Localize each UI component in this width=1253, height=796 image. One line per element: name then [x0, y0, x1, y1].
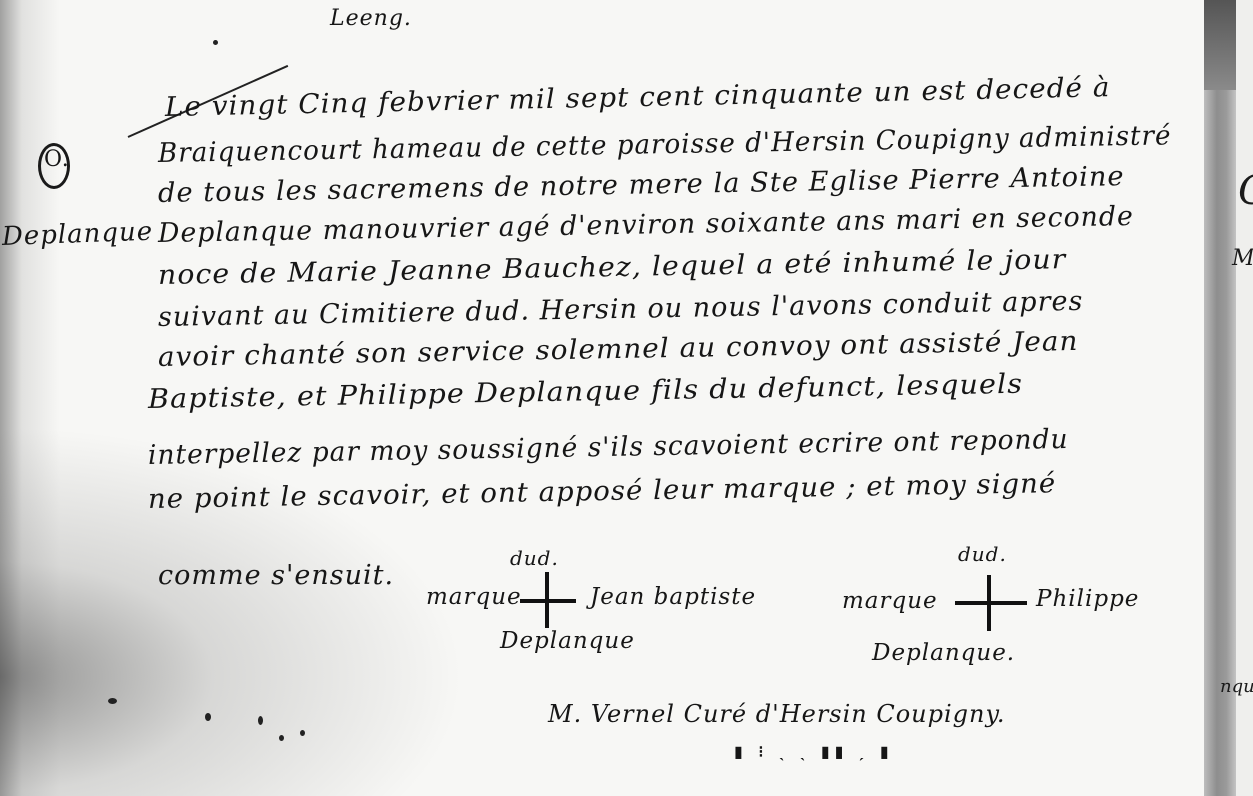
- body-line-8: Baptiste, et Philippe Deplanque fils du …: [148, 369, 1024, 415]
- body-line-6: suivant au Cimitiere dud. Hersin ou nous…: [158, 286, 1084, 333]
- signature-1-label: marque: [426, 584, 522, 610]
- body-line-3: de tous les sacremens de notre mere la S…: [158, 161, 1125, 209]
- body-line-4: Deplanque manouvrier agé d'environ soixa…: [158, 201, 1134, 249]
- previous-entry-fragment: Leeng.: [330, 6, 412, 31]
- ink-blot: [205, 713, 211, 721]
- signature-1-cross-mark-vertical: [545, 572, 549, 628]
- scanned-page: Leeng. O. Deplanque Le vingt Cinq febvri…: [0, 0, 1253, 796]
- body-line-2: Braiquencourt hameau de cette paroisse d…: [158, 120, 1172, 169]
- body-line-10: ne point le scavoir, et ont apposé leur …: [148, 468, 1057, 515]
- edge-fragment-3: nque: [1220, 676, 1253, 697]
- body-line-7: avoir chanté son service solemnel au con…: [158, 326, 1079, 373]
- ink-blot: [300, 730, 305, 736]
- signature-2-cross-mark: [955, 601, 1027, 605]
- margin-surname: Deplanque: [1, 217, 153, 252]
- body-line-1: Le vingt Cinq febvrier mil sept cent cin…: [165, 72, 1111, 123]
- signature-paraph: ▮ ⁝ ˎ ˎ ▮▮ ˏ ▮: [734, 742, 894, 762]
- entry-mark: O.: [44, 147, 70, 172]
- ink-dot: [213, 40, 218, 45]
- signature-2-name: Philippe: [1036, 586, 1139, 612]
- signature-2-surname: Deplanque.: [872, 640, 1015, 666]
- signature-1-surname: Deplanque: [500, 628, 635, 654]
- priest-signature: M. Vernel Curé d'Hersin Coupigny.: [548, 700, 1006, 728]
- signature-2-label: marque: [842, 588, 938, 614]
- signature-1-above: dud.: [510, 546, 559, 570]
- signature-2-above: dud.: [958, 542, 1007, 566]
- signature-1-name: Jean baptiste: [590, 584, 756, 610]
- body-line-11: comme s'ensuit.: [158, 560, 394, 591]
- edge-fragment-2: Ma: [1232, 246, 1253, 271]
- body-line-9: interpellez par moy soussigné s'ils scav…: [148, 424, 1069, 471]
- page-binding-dark-top: [1204, 0, 1236, 90]
- edge-fragment-1: C: [1238, 168, 1253, 214]
- ink-blot: [108, 698, 117, 704]
- ink-blot: [279, 735, 284, 741]
- signature-2-cross-mark-vertical: [987, 575, 991, 631]
- ink-blot: [258, 716, 263, 725]
- body-line-5: noce de Marie Jeanne Bauchez, lequel a e…: [158, 244, 1067, 291]
